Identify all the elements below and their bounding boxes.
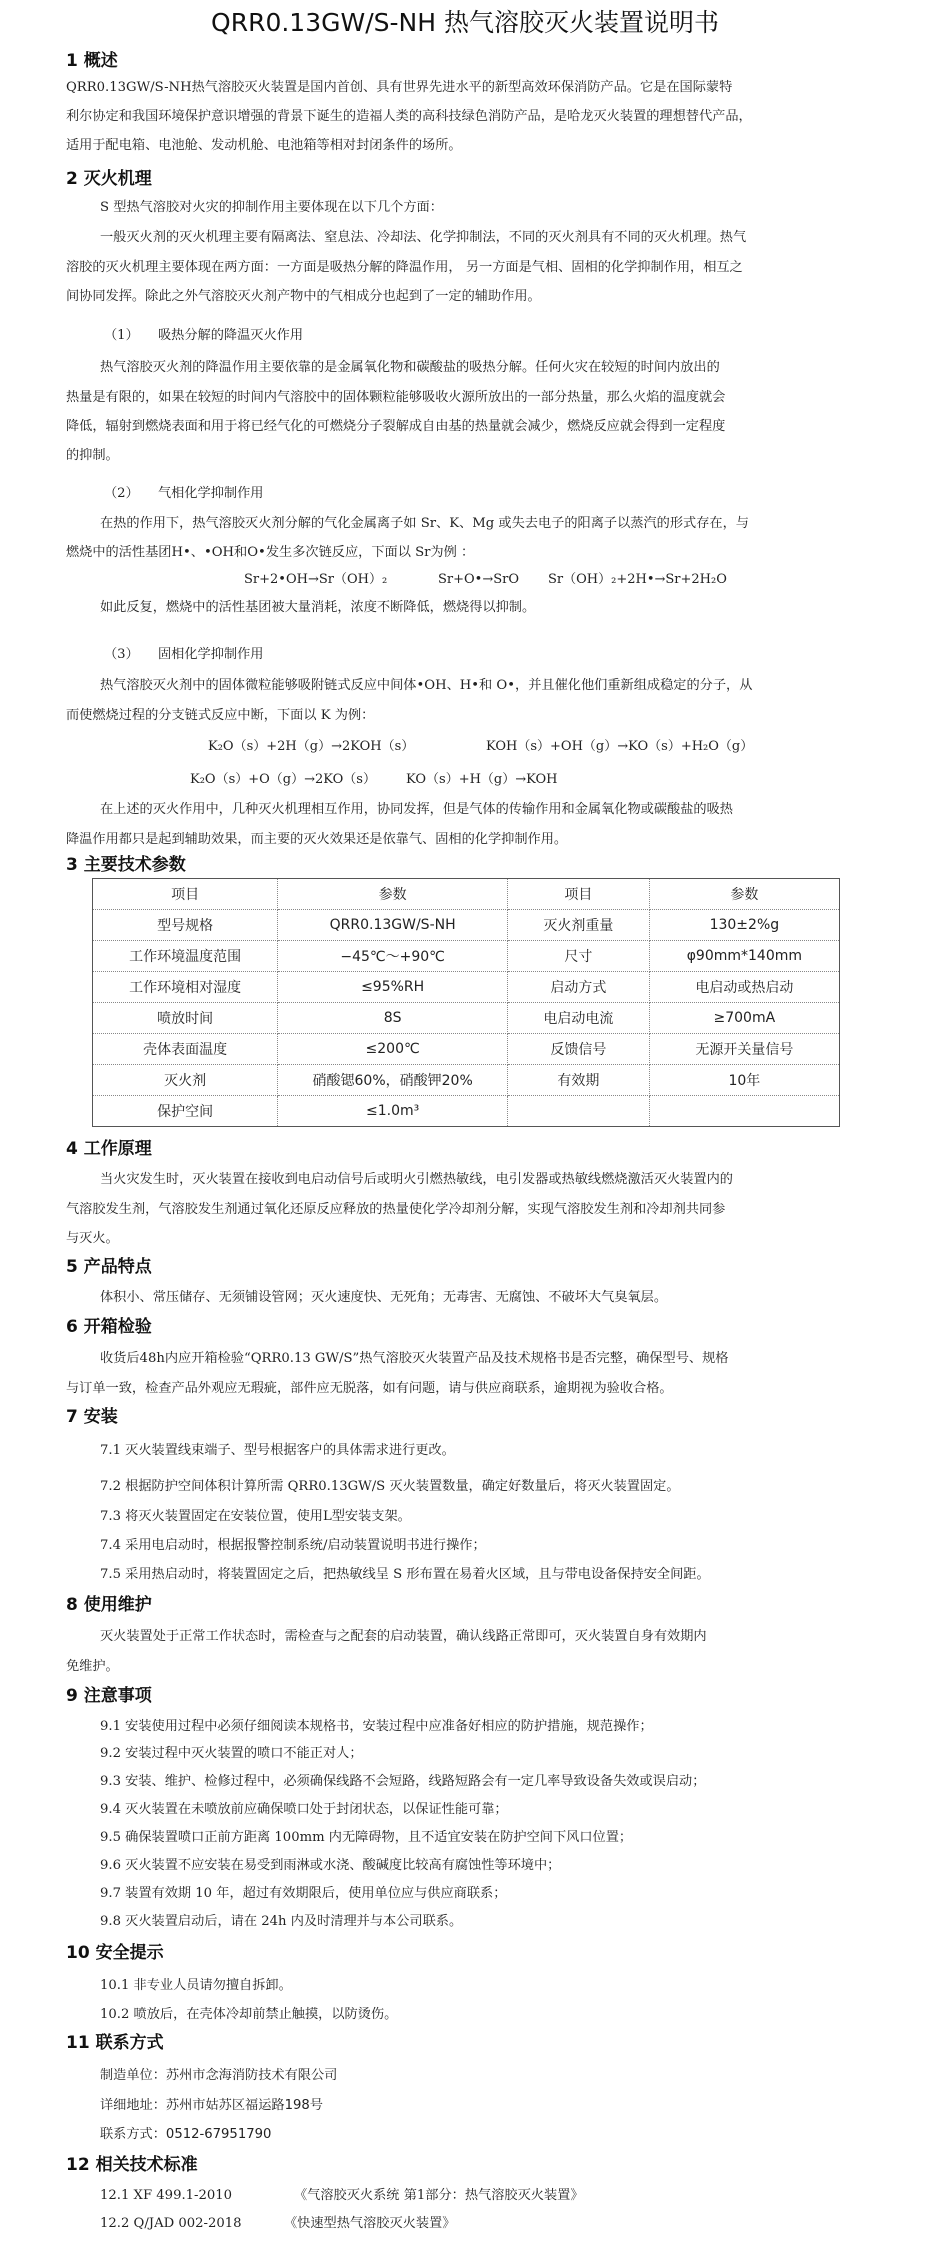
table-cell: 工作环境相对湿度 [93, 972, 278, 1003]
table-cell: 电启动或热启动 [649, 972, 839, 1003]
list-item: 9.5 确保装置喷口正前方距离 100mm 内无障碍物，且不适宜安装在防护空间下… [100, 1828, 632, 1848]
paragraph-line: 与订单一致，检查产品外观应无瑕疵，部件应无脱落，如有问题，请与供应商联系，逾期视… [66, 1379, 673, 1399]
section-heading-precautions: 9 注意事项 [66, 1685, 152, 1707]
spec-table: 项目 参数 项目 参数 型号规格 QRR0.13GW/S-NH 灭火剂重量 13… [92, 878, 840, 1127]
table-cell [649, 1096, 839, 1127]
table-cell: 壳体表面温度 [93, 1034, 278, 1065]
standard-name: 《快速型热气溶胶灭火装置》 [284, 2214, 455, 2234]
address-info: 详细地址：苏州市姑苏区福运路198号 [100, 2096, 323, 2116]
table-row: 保护空间 ≤1.0m³ [93, 1096, 840, 1127]
chemical-equation: Sr+O•→SrO [438, 570, 519, 590]
table-cell: ≥700mA [649, 1003, 839, 1034]
table-cell: 灭火剂 [93, 1065, 278, 1096]
standard-code: 12.1 XF 499.1-2010 [100, 2186, 232, 2206]
subsection-title: 气相化学抑制作用 [158, 484, 264, 504]
table-header-cell: 项目 [93, 879, 278, 910]
table-header-row: 项目 参数 项目 参数 [93, 879, 840, 910]
chemical-equation: K₂O（s）+O（g）→2KO（s） [190, 770, 376, 790]
paragraph-line: 如此反复，燃烧中的活性基团被大量消耗，浓度不断降低，燃烧得以抑制。 [100, 598, 535, 618]
paragraph-line: 免维护。 [66, 1657, 119, 1677]
table-cell: 工作环境温度范围 [93, 941, 278, 972]
section-heading-standards: 12 相关技术标准 [66, 2154, 198, 2176]
standard-code: 12.2 Q/JAD 002-2018 [100, 2214, 242, 2234]
chemical-equation: Sr+2•OH→Sr（OH）₂ [244, 570, 387, 590]
paragraph-line: 的抑制。 [66, 446, 119, 466]
table-cell: ≤200℃ [278, 1034, 508, 1065]
list-item: 9.3 安装、维护、检修过程中，必须确保线路不会短路，线路短路会有一定几率导致设… [100, 1772, 705, 1792]
table-row: 灭火剂 硝酸锶60%，硝酸钾20% 有效期 10年 [93, 1065, 840, 1096]
section-heading-principle: 4 工作原理 [66, 1138, 152, 1160]
section-heading-features: 5 产品特点 [66, 1256, 152, 1278]
table-header-cell: 参数 [278, 879, 508, 910]
paragraph-line: 收货后48h内应开箱检验“QRR0.13 GW/S”热气溶胶灭火装置产品及技术规… [100, 1349, 728, 1369]
section-heading-overview: 1 概述 [66, 50, 118, 72]
table-row: 喷放时间 8S 电启动电流 ≥700mA [93, 1003, 840, 1034]
table-cell: 有效期 [508, 1065, 650, 1096]
paragraph-line: 一般灭火剂的灭火机理主要有隔离法、窒息法、冷却法、化学抑制法，不同的灭火剂具有不… [100, 228, 746, 248]
manufacturer-info: 制造单位：苏州市念海消防技术有限公司 [100, 2066, 337, 2086]
table-cell: 保护空间 [93, 1096, 278, 1127]
table-cell: ≤1.0m³ [278, 1096, 508, 1127]
paragraph-line: 热气溶胶灭火剂中的固体微粒能够吸附链式反应中间体•OH、H•和 O•，并且催化他… [100, 676, 752, 696]
table-cell: 电启动电流 [508, 1003, 650, 1034]
table-cell: QRR0.13GW/S-NH [278, 910, 508, 941]
table-cell: 10年 [649, 1065, 839, 1096]
list-item: 7.5 采用热启动时，将装置固定之后，把热敏线呈 S 形布置在易着火区域，且与带… [100, 1565, 710, 1585]
paragraph-line: 适用于配电箱、电池舱、发动机舱、电池箱等相对封闭条件的场所。 [66, 136, 462, 156]
section-heading-mechanism: 2 灭火机理 [66, 168, 152, 190]
chemical-equation: Sr（OH）₂+2H•→Sr+2H₂O [548, 570, 727, 590]
table-cell: φ90mm*140mm [649, 941, 839, 972]
paragraph-line: 在上述的灭火作用中，几种灭火机理相互作用，协同发挥，但是气体的传输作用和金属氧化… [100, 800, 733, 820]
list-item: 7.1 灭火装置线束端子、型号根据客户的具体需求进行更改。 [100, 1441, 455, 1461]
paragraph-line: 热量是有限的，如果在较短的时间内气溶胶中的固体颗粒能够吸收火源所放出的一部分热量… [66, 388, 725, 408]
table-row: 壳体表面温度 ≤200℃ 反馈信号 无源开关量信号 [93, 1034, 840, 1065]
table-cell: 喷放时间 [93, 1003, 278, 1034]
paragraph-line: 热气溶胶灭火剂的降温作用主要依靠的是金属氧化物和碳酸盐的吸热分解。任何火灾在较短… [100, 358, 720, 378]
table-cell: ≤95%RH [278, 972, 508, 1003]
paragraph-line: 溶胶的灭火机理主要体现在两方面：一方面是吸热分解的降温作用， 另一方面是气相、固… [66, 258, 743, 278]
standard-name: 《气溶胶灭火系统 第1部分：热气溶胶灭火装置》 [294, 2186, 584, 2206]
chemical-equation: K₂O（s）+2H（g）→2KOH（s） [208, 737, 414, 757]
document-title: QRR0.13GW/S-NH 热气溶胶灭火装置说明书 [0, 6, 930, 40]
table-row: 工作环境温度范围 −45℃～+90℃ 尺寸 φ90mm*140mm [93, 941, 840, 972]
table-cell: −45℃～+90℃ [278, 941, 508, 972]
table-cell: 灭火剂重量 [508, 910, 650, 941]
section-heading-installation: 7 安装 [66, 1406, 118, 1428]
table-cell: 无源开关量信号 [649, 1034, 839, 1065]
paragraph-line: 利尔协定和我国环境保护意识增强的背景下诞生的造福人类的高科技绿色消防产品，是哈龙… [66, 107, 752, 127]
paragraph-line: 体积小、常压储存、无须铺设管网；灭火速度快、无死角；无毒害、无腐蚀、不破坏大气臭… [100, 1288, 667, 1308]
chemical-equation: KOH（s）+OH（g）→KO（s）+H₂O（g） [486, 737, 753, 757]
list-item: 7.3 将灭火装置固定在安装位置，使用L型安装支架。 [100, 1507, 411, 1527]
phone-info: 联系方式：0512-67951790 [100, 2125, 271, 2145]
subsection-title: 吸热分解的降温灭火作用 [158, 326, 303, 346]
table-row: 工作环境相对湿度 ≤95%RH 启动方式 电启动或热启动 [93, 972, 840, 1003]
list-item: 9.4 灭火装置在未喷放前应确保喷口处于封闭状态，以保证性能可靠； [100, 1800, 508, 1820]
table-row: 型号规格 QRR0.13GW/S-NH 灭火剂重量 130±2%g [93, 910, 840, 941]
paragraph-line: 与灭火。 [66, 1229, 119, 1249]
list-item: 10.2 喷放后，在壳体冷却前禁止触摸，以防烫伤。 [100, 2005, 397, 2025]
table-header-cell: 项目 [508, 879, 650, 910]
table-cell [508, 1096, 650, 1127]
table-cell: 型号规格 [93, 910, 278, 941]
section-heading-contact: 11 联系方式 [66, 2032, 164, 2054]
list-item: 9.2 安装过程中灭火装置的喷口不能正对人； [100, 1744, 363, 1764]
paragraph-line: 降温作用都只是起到辅助效果，而主要的灭火效果还是依靠气、固相的化学抑制作用。 [66, 830, 567, 850]
list-item: 9.7 装置有效期 10 年，超过有效期限后，使用单位应与供应商联系； [100, 1884, 506, 1904]
subsection-label: （3） [104, 645, 139, 665]
paragraph-line: 而使燃烧过程的分支链式反应中断，下面以 K 为例： [66, 706, 374, 726]
table-cell: 反馈信号 [508, 1034, 650, 1065]
section-heading-maintenance: 8 使用维护 [66, 1594, 152, 1616]
section-heading-safety: 10 安全提示 [66, 1942, 164, 1964]
table-cell: 8S [278, 1003, 508, 1034]
table-cell: 130±2%g [649, 910, 839, 941]
section-heading-specs: 3 主要技术参数 [66, 854, 186, 876]
subsection-label: （1） [104, 326, 139, 346]
paragraph-line: 降低，辐射到燃烧表面和用于将已经气化的可燃烧分子裂解成自由基的热量就会减少，燃烧… [66, 417, 725, 437]
list-item: 9.6 灭火装置不应安装在易受到雨淋或水浇、酸碱度比较高有腐蚀性等环境中； [100, 1856, 560, 1876]
chemical-equation: KO（s）+H（g）→KOH [406, 770, 558, 790]
paragraph-line: S 型热气溶胶对火灾的抑制作用主要体现在以下几个方面： [100, 198, 443, 218]
paragraph-line: 燃烧中的活性基团H•、•OH和O•发生多次链反应，下面以 Sr为例 ： [66, 543, 474, 563]
table-cell: 硝酸锶60%，硝酸钾20% [278, 1065, 508, 1096]
table-cell: 尺寸 [508, 941, 650, 972]
list-item: 7.4 采用电启动时，根据报警控制系统/启动装置说明书进行操作； [100, 1536, 486, 1556]
section-heading-inspection: 6 开箱检验 [66, 1316, 152, 1338]
subsection-label: （2） [104, 484, 139, 504]
list-item: 10.1 非专业人员请勿擅自拆卸。 [100, 1976, 292, 1996]
paragraph-line: 在热的作用下，热气溶胶灭火剂分解的气化金属离子如 Sr、K、Mg 或失去电子的阳… [100, 514, 749, 534]
paragraph-line: QRR0.13GW/S-NH热气溶胶灭火装置是国内首创、具有世界先进水平的新型高… [66, 78, 732, 98]
subsection-title: 固相化学抑制作用 [158, 645, 264, 665]
list-item: 7.2 根据防护空间体积计算所需 QRR0.13GW/S 灭火装置数量，确定好数… [100, 1477, 680, 1497]
paragraph-line: 间协同发挥。除此之外气溶胶灭火剂产物中的气相成分也起到了一定的辅助作用。 [66, 287, 541, 307]
paragraph-line: 当火灾发生时，灭火装置在接收到电启动信号后或明火引燃热敏线，电引发器或热敏线燃烧… [100, 1170, 733, 1190]
paragraph-line: 气溶胶发生剂，气溶胶发生剂通过氧化还原反应释放的热量使化学冷却剂分解，实现气溶胶… [66, 1200, 725, 1220]
paragraph-line: 灭火装置处于正常工作状态时，需检查与之配套的启动装置，确认线路正常即可，灭火装置… [100, 1627, 707, 1647]
list-item: 9.8 灭火装置启动后，请在 24h 内及时清理并与本公司联系。 [100, 1912, 462, 1932]
table-header-cell: 参数 [649, 879, 839, 910]
table-cell: 启动方式 [508, 972, 650, 1003]
list-item: 9.1 安装使用过程中必须仔细阅读本规格书，安装过程中应准备好相应的防护措施，规… [100, 1717, 653, 1737]
